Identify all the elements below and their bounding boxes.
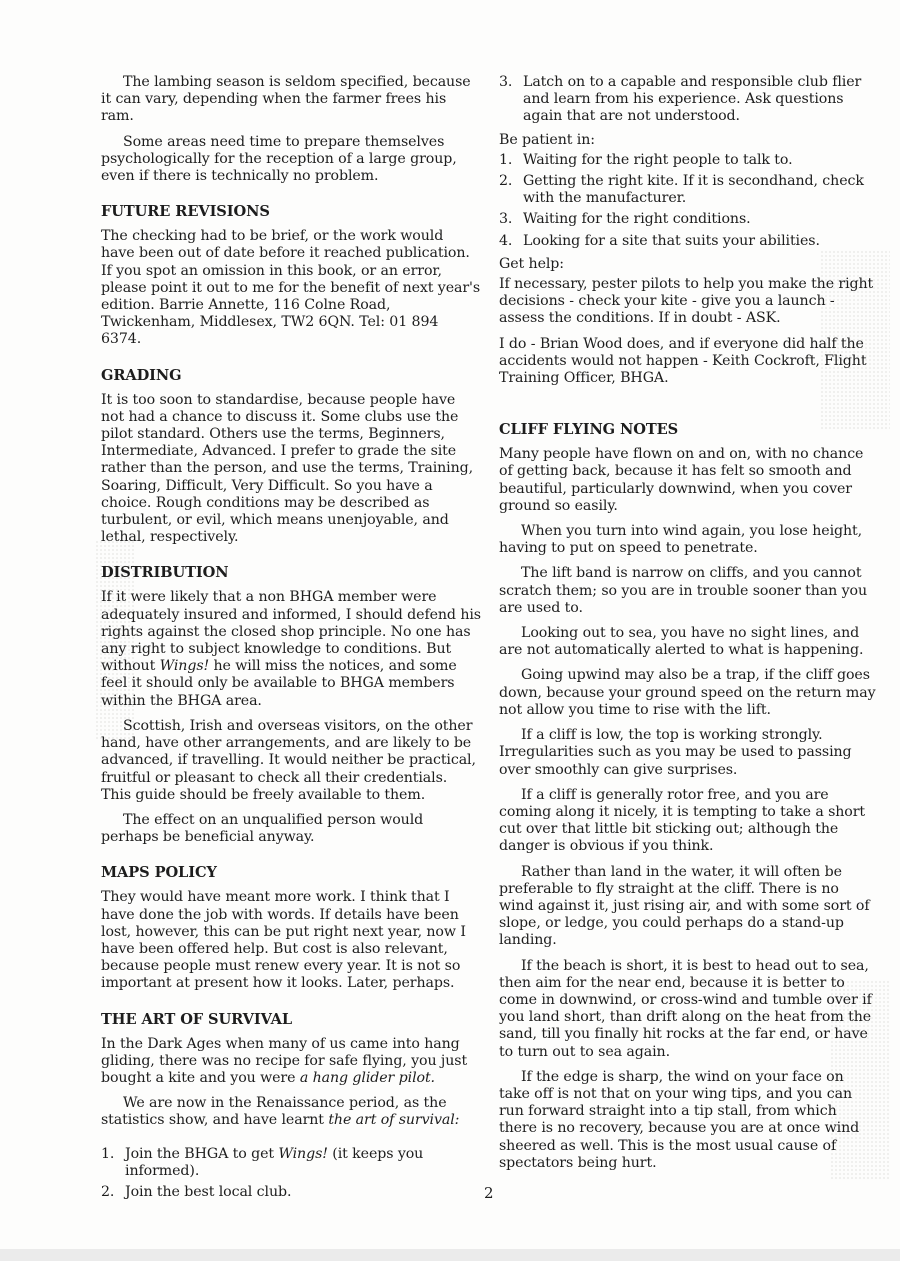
paragraph: We are now in the Renaissance period, as… <box>101 1095 481 1129</box>
list-number: 1. <box>101 1146 114 1163</box>
paragraph: Scottish, Irish and overseas visitors, o… <box>101 718 481 804</box>
list-item: 4.Looking for a site that suits your abi… <box>499 233 877 250</box>
list-item: 2.Join the best local club. <box>101 1184 481 1201</box>
paragraph: The checking had to be brief, or the wor… <box>101 228 481 348</box>
paragraph: When you turn into wind again, you lose … <box>499 523 877 557</box>
paragraph: If the beach is short, it is best to hea… <box>499 958 877 1061</box>
section-heading-cliff-flying-notes: CLIFF FLYING NOTES <box>499 421 877 439</box>
emphasis: Wings! <box>160 658 209 674</box>
be-patient-list: 1.Waiting for the right people to talk t… <box>499 152 877 250</box>
right-column: 3.Latch on to a capable and responsible … <box>499 74 877 1180</box>
list-item: 2.Getting the right kite. If it is secon… <box>499 173 877 207</box>
paragraph: The lambing season is seldom specified, … <box>101 74 481 126</box>
paragraph: If it were likely that a non BHGA member… <box>101 589 481 709</box>
text: Getting the right kite. If it is secondh… <box>523 173 864 206</box>
list-number: 2. <box>499 173 512 190</box>
text: Latch on to a capable and responsible cl… <box>523 74 861 124</box>
left-column: The lambing season is seldom specified, … <box>101 74 481 1207</box>
paragraph: Going upwind may also be a trap, if the … <box>499 667 877 719</box>
paragraph: It is too soon to standardise, because p… <box>101 392 481 547</box>
text: Join the BHGA to get <box>125 1146 278 1162</box>
list-number: 4. <box>499 233 512 250</box>
section-heading-future-revisions: FUTURE REVISIONS <box>101 203 481 221</box>
paragraph: Many people have flown on and on, with n… <box>499 446 877 515</box>
paragraph: Some areas need time to prepare themselv… <box>101 134 481 186</box>
survival-list: 1.Join the BHGA to get Wings! (it keeps … <box>101 1146 481 1202</box>
list-number: 2. <box>101 1184 114 1201</box>
emphasis: a hang glider pilot. <box>300 1070 435 1086</box>
paragraph: The lift band is narrow on cliffs, and y… <box>499 565 877 617</box>
text: Join the best local club. <box>125 1184 291 1200</box>
paragraph: Looking out to sea, you have no sight li… <box>499 625 877 659</box>
text: Waiting for the right people to talk to. <box>523 152 793 168</box>
emphasis: the art of survival: <box>328 1112 459 1128</box>
page-number: 2 <box>484 1184 494 1202</box>
paragraph: I do - Brian Wood does, and if everyone … <box>499 336 877 388</box>
text: Waiting for the right conditions. <box>523 211 751 227</box>
section-heading-distribution: DISTRIBUTION <box>101 564 481 582</box>
text: Looking for a site that suits your abili… <box>523 233 820 249</box>
paragraph: Rather than land in the water, it will o… <box>499 864 877 950</box>
list-item: 1.Join the BHGA to get Wings! (it keeps … <box>101 1146 481 1180</box>
paragraph: They would have meant more work. I think… <box>101 889 481 992</box>
paragraph: The effect on an unqualified person woul… <box>101 812 481 846</box>
list-number: 3. <box>499 211 512 228</box>
paragraph: If a cliff is generally rotor free, and … <box>499 787 877 856</box>
get-help-label: Get help: <box>499 256 877 273</box>
paragraph: If necessary, pester pilots to help you … <box>499 276 877 328</box>
paragraph: If a cliff is low, the top is working st… <box>499 727 877 779</box>
list-item: 3.Latch on to a capable and responsible … <box>499 74 877 126</box>
paragraph: If the edge is sharp, the wind on your f… <box>499 1069 877 1172</box>
section-heading-art-of-survival: THE ART OF SURVIVAL <box>101 1011 481 1029</box>
paragraph: In the Dark Ages when many of us came in… <box>101 1036 481 1088</box>
list-item: 1.Waiting for the right people to talk t… <box>499 152 877 169</box>
page-edge <box>0 1249 900 1261</box>
survival-list-continued: 3.Latch on to a capable and responsible … <box>499 74 877 126</box>
list-item: 3.Waiting for the right conditions. <box>499 211 877 228</box>
list-number: 1. <box>499 152 512 169</box>
emphasis: Wings! <box>278 1146 327 1162</box>
section-heading-grading: GRADING <box>101 367 481 385</box>
be-patient-label: Be patient in: <box>499 132 877 149</box>
list-number: 3. <box>499 74 512 91</box>
section-heading-maps-policy: MAPS POLICY <box>101 864 481 882</box>
